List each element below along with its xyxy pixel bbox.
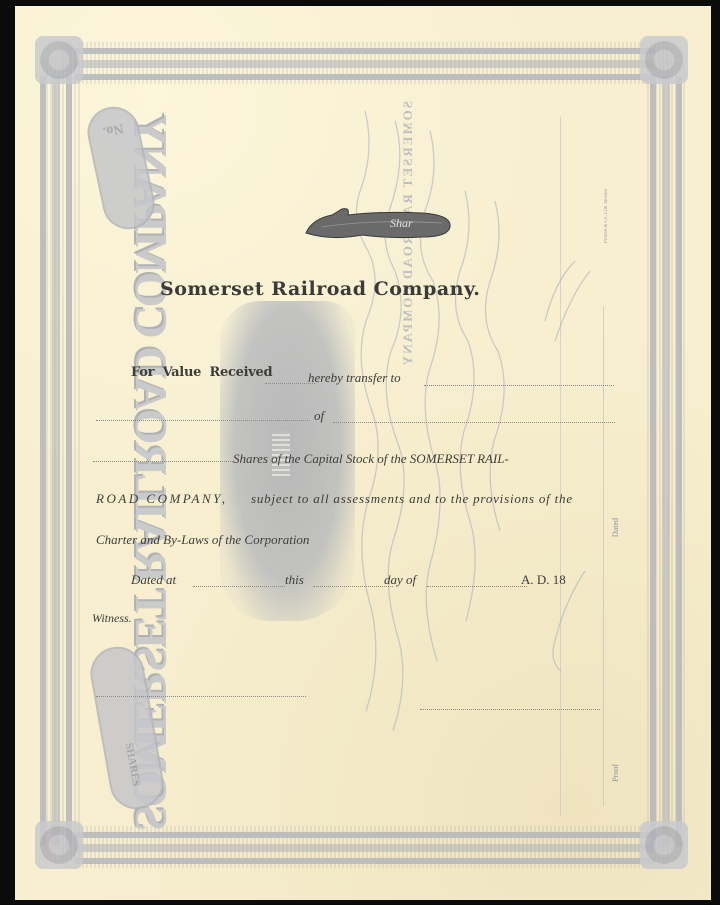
hereby-transfer-to-label: hereby transfer to [308,370,401,386]
signature-field[interactable] [420,709,600,710]
for-value-received: For Value Received [131,365,272,380]
corner-ornament-bottom-right [640,821,688,869]
day-of-label: day of [384,572,416,588]
dated-at-label: Dated at [131,572,176,588]
day-field[interactable] [313,586,393,587]
witness-signature-field[interactable] [96,696,306,697]
reverse-label-bottom: Proof [611,764,620,782]
corner-ornament-bottom-left [35,821,83,869]
of-label: of [314,408,324,424]
transferee-address-field-right[interactable] [333,422,615,423]
reverse-label-top: Dated [611,518,620,537]
transferee-field[interactable] [424,385,614,386]
corner-ornament-top-left [35,36,83,84]
transferee-address-field-left[interactable] [96,420,310,421]
certificate-paper: SOMERSET RAILROAD COMPANY SOMERSET RAILR… [15,6,711,900]
body-company-caps: ROAD COMPANY, [96,491,227,507]
body-line-2: subject to all assessments and to the pr… [251,491,573,507]
corner-ornament-top-right [640,36,688,84]
body-line-1: Shares of the Capital Stock of the SOMER… [233,451,509,467]
witness-label: Witness. [92,611,132,626]
this-label: this [285,572,304,588]
cartouche-number-label: No. [101,119,125,139]
month-field[interactable] [427,586,527,587]
bottom-margin [0,905,720,910]
ad-year-label: A. D. 18 [521,572,566,588]
company-title: Somerset Railroad Company. [160,278,480,300]
svg-text:Shar: Shar [390,216,413,230]
place-field[interactable] [193,586,285,587]
body-line-3: Charter and By-Laws of the Corporation [96,532,309,548]
share-count-field[interactable] [93,461,233,462]
shares-emblem-icon: Shar [302,205,454,245]
printer-imprint: Printed & Co. Lith. Boston [604,189,609,243]
cartouche-shares-label: SHARES [123,742,142,787]
